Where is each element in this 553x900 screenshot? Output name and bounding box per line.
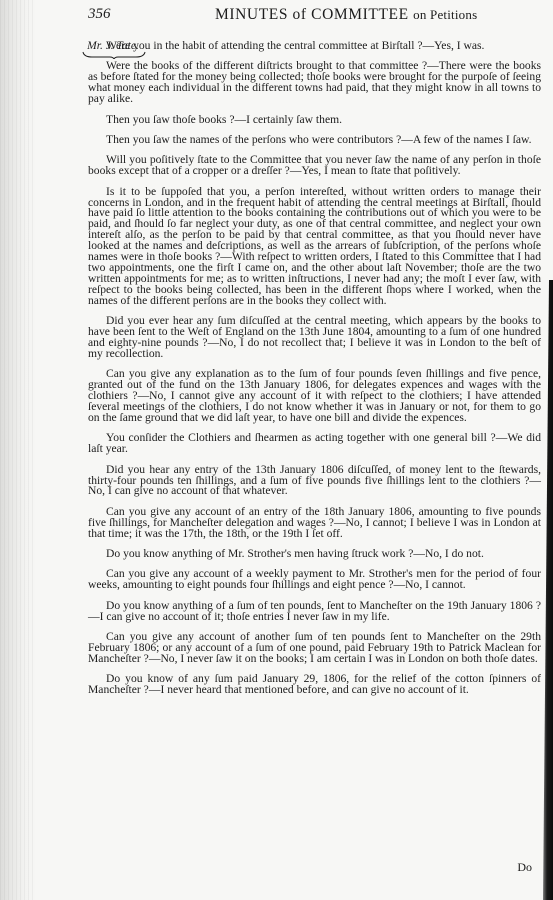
- testimony-entry: Is it to be ſuppoſed that you, a perſon …: [88, 187, 541, 307]
- testimony-entry: Will you poſitively ſtate to the Committ…: [88, 155, 541, 177]
- testimony-entry: Did you ever hear any ſum diſcuſſed at t…: [88, 316, 541, 360]
- testimony-entry: Then you ſaw the names of the perſons wh…: [88, 135, 541, 146]
- answer-text: —No, I cannot give any account of it wit…: [88, 389, 541, 424]
- question-text: Do you know anything of Mr. Strother's m…: [106, 547, 413, 560]
- answer-text: —Yes, I was.: [423, 39, 485, 52]
- testimony-body: Were you in the habit of attending the c…: [88, 41, 541, 706]
- testimony-entry: Then you ſaw thoſe books ?—I certainly ſ…: [88, 115, 541, 126]
- testimony-entry: Do you know anything of Mr. Strother's m…: [88, 549, 541, 560]
- testimony-entry: Were the books of the different diſtrict…: [88, 61, 541, 105]
- testimony-entry: You conſider the Clothiers and ſhearmen …: [88, 433, 541, 455]
- question-text: Then you ſaw thoſe books ?: [106, 113, 234, 126]
- page-number: 356: [88, 6, 111, 23]
- answer-text: —I can give no account of it; thoſe entr…: [88, 610, 390, 623]
- testimony-entry: Can you give any account of another ſum …: [88, 632, 541, 665]
- catchword: Do: [517, 860, 532, 875]
- page-header: 356 MINUTES of COMMITTEE on Petitions: [88, 6, 535, 26]
- question-text: Did you hear any entry of the 13th Janua…: [88, 463, 541, 487]
- testimony-entry: Were you in the habit of attending the c…: [88, 41, 541, 52]
- testimony-entry: Can you give any account of a weekly pay…: [88, 569, 541, 591]
- answer-text: —No, I do not.: [413, 547, 484, 560]
- question-text: Then you ſaw the names of the perſons wh…: [106, 133, 401, 146]
- binding-gutter-shading: [0, 0, 36, 900]
- question-text: Were you in the habit of attending the c…: [106, 39, 423, 52]
- testimony-entry: Do you know anything of a ſum of ten pou…: [88, 601, 541, 623]
- testimony-entry: Can you give any account of an entry of …: [88, 507, 541, 540]
- answer-text: —No, I never ſaw it on the books; I am c…: [149, 652, 538, 665]
- running-title-suffix: on Petitions: [413, 7, 477, 22]
- question-text: Can you give any account of a weekly pay…: [88, 567, 541, 591]
- running-title: MINUTES of COMMITTEE on Petitions: [215, 6, 477, 24]
- question-text: You conſider the Clothiers and ſhearmen …: [106, 431, 496, 444]
- page-edge-shadow: [543, 280, 553, 900]
- testimony-entry: Do you know of any ſum paid January 29, …: [88, 674, 541, 696]
- answer-text: —A few of the names I ſaw.: [401, 133, 531, 146]
- answer-text: —I never heard that mentioned before, an…: [149, 683, 469, 696]
- testimony-entry: Did you hear any entry of the 13th Janua…: [88, 465, 541, 498]
- answer-text: —Yes, I mean to ſtate that poſitively.: [290, 164, 461, 177]
- answer-text: —I certainly ſaw them.: [234, 113, 342, 126]
- answer-text: —No, I cannot.: [394, 578, 466, 591]
- running-title-main: MINUTES of COMMITTEE: [215, 6, 409, 23]
- testimony-entry: Can you give any explanation as to the ſ…: [88, 369, 541, 424]
